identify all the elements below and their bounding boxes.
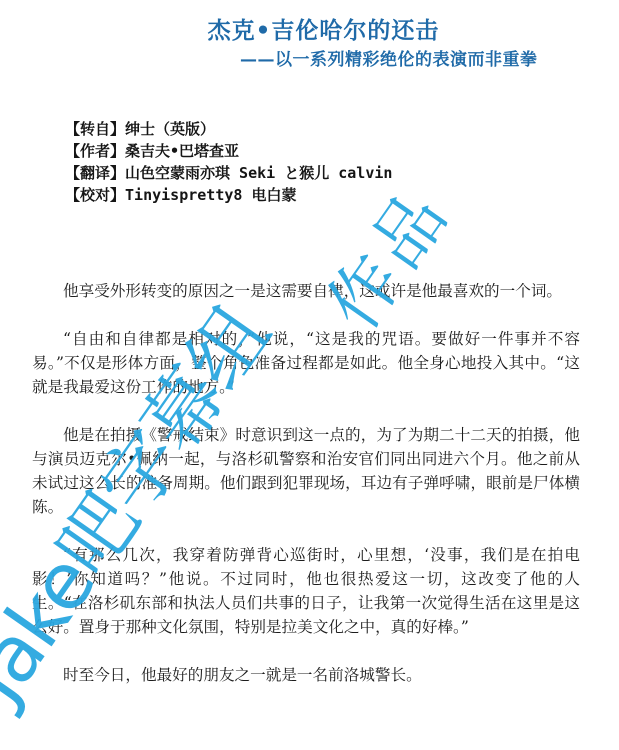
credit-label: 【校对】 [65, 186, 125, 204]
paragraph: 他享受外形转变的原因之一是这需要自律，这或许是他最喜欢的一个词。 [32, 279, 580, 303]
credits-block: 【转自】绅士（英版） 【作者】桑吉夫•巴塔查亚 【翻译】山色空蒙雨亦琪 Seki… [65, 118, 392, 206]
credit-value: Tinyispretty8 电白蒙 [125, 186, 296, 204]
paragraph: 他是在拍摄《警戒结束》时意识到这一点的，为了为期二十二天的拍摄，他与演员迈克尔•… [32, 423, 580, 519]
credit-author: 【作者】桑吉夫•巴塔查亚 [65, 140, 392, 162]
credit-source: 【转自】绅士（英版） [65, 118, 392, 140]
credit-label: 【转自】 [65, 120, 125, 138]
credit-value: 山色空蒙雨亦琪 Seki と猴儿 calvin [125, 164, 392, 182]
article-body: 他享受外形转变的原因之一是这需要自律，这或许是他最喜欢的一个词。 “自由和自律都… [32, 279, 580, 711]
credit-value: 绅士（英版） [125, 120, 215, 138]
paragraph: 时至今日，他最好的朋友之一就是一名前洛城警长。 [32, 663, 580, 687]
paragraph: “自由和自律都是相对的，”他说，“这是我的咒语。要做好一件事并不容易。”不仅是形… [32, 327, 580, 399]
credit-label: 【作者】 [65, 142, 125, 160]
credit-value: 桑吉夫•巴塔查亚 [125, 142, 239, 160]
article-subtitle: ——以一系列精彩绝伦的表演而非重拳 [240, 45, 538, 70]
credit-translator: 【翻译】山色空蒙雨亦琪 Seki と猴儿 calvin [65, 162, 392, 184]
credit-proofreader: 【校对】Tinyispretty8 电白蒙 [65, 184, 392, 206]
document-page: 杰克•吉伦哈尔的还击 ——以一系列精彩绝伦的表演而非重拳 【转自】绅士（英版） … [0, 0, 619, 750]
credit-label: 【翻译】 [65, 164, 125, 182]
paragraph: “有那么几次，我穿着防弹背心巡街时，心里想，‘没事，我们是在拍电影！’你知道吗？… [32, 543, 580, 639]
article-title: 杰克•吉伦哈尔的还击 [0, 12, 619, 45]
